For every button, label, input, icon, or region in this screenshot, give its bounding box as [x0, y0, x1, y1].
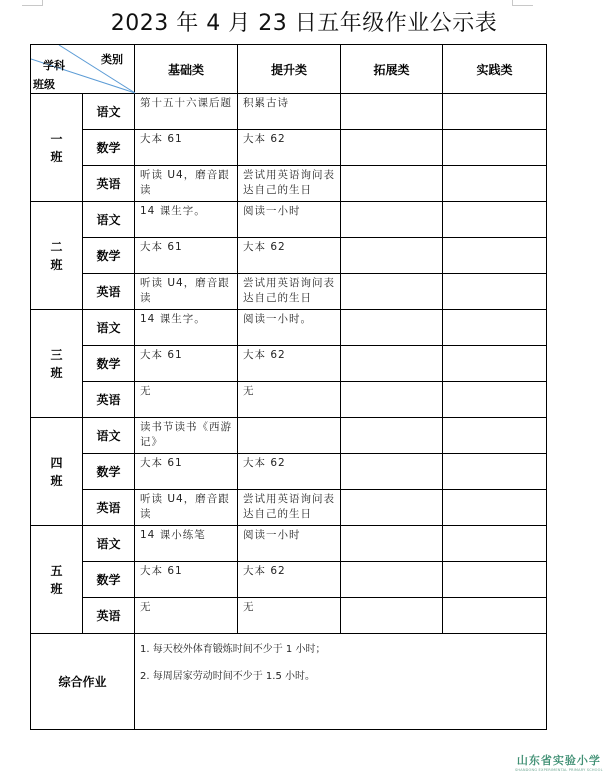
cell-basic: 14 课生字。	[135, 310, 238, 346]
cell-extended	[341, 454, 443, 490]
subject-label: 语文	[83, 526, 135, 562]
summary-item-1: 1. 每天校外体育锻炼时间不少于 1 小时；	[140, 640, 541, 655]
cell-extended	[341, 274, 443, 310]
cell-practice	[443, 310, 547, 346]
column-header-practice: 实践类	[443, 45, 547, 94]
cell-practice	[443, 454, 547, 490]
cell-advanced: 阅读一小时。	[238, 310, 341, 346]
cell-practice	[443, 418, 547, 454]
cell-extended	[341, 94, 443, 130]
cell-practice	[443, 130, 547, 166]
table-row: 英语 听读 U4，磨音跟读 尝试用英语询问表达自己的生日	[31, 490, 547, 526]
subject-label: 英语	[83, 382, 135, 418]
column-header-extended: 拓展类	[341, 45, 443, 94]
cell-practice	[443, 382, 547, 418]
subject-label: 语文	[83, 310, 135, 346]
summary-row: 综合作业 1. 每天校外体育锻炼时间不少于 1 小时； 2. 每周居家劳动时间不…	[31, 634, 547, 730]
cell-basic: 听读 U4，磨音跟读	[135, 274, 238, 310]
cell-basic: 14 课小练笔	[135, 526, 238, 562]
cell-practice	[443, 94, 547, 130]
cell-practice	[443, 562, 547, 598]
cell-extended	[341, 238, 443, 274]
table-row: 四班 语文 读书节读书《西游记》	[31, 418, 547, 454]
cell-basic: 读书节读书《西游记》	[135, 418, 238, 454]
diag-label-class: 班级	[33, 76, 55, 92]
cell-advanced: 尝试用英语询问表达自己的生日	[238, 166, 341, 202]
summary-content: 1. 每天校外体育锻炼时间不少于 1 小时； 2. 每周居家劳动时间不少于 1.…	[135, 634, 547, 730]
table-row: 数学 大本 61 大本 62	[31, 346, 547, 382]
subject-label: 英语	[83, 598, 135, 634]
subject-label: 数学	[83, 454, 135, 490]
cell-practice	[443, 274, 547, 310]
table-row: 英语 听读 U4，磨音跟读 尝试用英语询问表达自己的生日	[31, 274, 547, 310]
column-header-basic: 基础类	[135, 45, 238, 94]
cell-extended	[341, 202, 443, 238]
cell-advanced	[238, 418, 341, 454]
table-row: 数学 大本 61 大本 62	[31, 454, 547, 490]
diag-label-category: 类别	[101, 51, 123, 67]
page-title: 2023 年 4 月 23 日五年级作业公示表	[0, 6, 608, 37]
subject-label: 数学	[83, 130, 135, 166]
cell-practice	[443, 490, 547, 526]
cell-extended	[341, 130, 443, 166]
cell-practice	[443, 202, 547, 238]
table-row: 英语 无 无	[31, 382, 547, 418]
cell-practice	[443, 346, 547, 382]
class-label-3: 三班	[31, 310, 83, 418]
cell-advanced: 大本 62	[238, 346, 341, 382]
cell-advanced: 大本 62	[238, 238, 341, 274]
table-row: 数学 大本 61 大本 62	[31, 562, 547, 598]
cell-advanced: 尝试用英语询问表达自己的生日	[238, 274, 341, 310]
subject-label: 数学	[83, 238, 135, 274]
subject-label: 英语	[83, 166, 135, 202]
cell-advanced: 无	[238, 382, 341, 418]
cell-extended	[341, 418, 443, 454]
cell-advanced: 大本 62	[238, 130, 341, 166]
cell-extended	[341, 310, 443, 346]
diagonal-header-cell: 类别 学科 班级	[31, 45, 135, 94]
table-row: 数学 大本 61 大本 62	[31, 130, 547, 166]
diag-label-subject: 学科	[43, 57, 65, 73]
cell-extended	[341, 490, 443, 526]
cell-basic: 听读 U4，磨音跟读	[135, 166, 238, 202]
cell-extended	[341, 166, 443, 202]
cell-basic: 大本 61	[135, 238, 238, 274]
cell-practice	[443, 526, 547, 562]
subject-label: 语文	[83, 202, 135, 238]
cell-extended	[341, 526, 443, 562]
school-logo: 山东省实验小学 SHANDONG EXPERIMENTAL PRIMARY SC…	[515, 752, 603, 772]
table-row: 英语 无 无	[31, 598, 547, 634]
table-row: 五班 语文 14 课小练笔 阅读一小时	[31, 526, 547, 562]
cell-extended	[341, 346, 443, 382]
cell-advanced: 无	[238, 598, 341, 634]
table-row: 英语 听读 U4，磨音跟读 尝试用英语询问表达自己的生日	[31, 166, 547, 202]
school-logo-cn: 山东省实验小学	[515, 752, 603, 768]
cell-basic: 大本 61	[135, 130, 238, 166]
cell-extended	[341, 382, 443, 418]
cell-basic: 大本 61	[135, 562, 238, 598]
cell-basic: 14 课生字。	[135, 202, 238, 238]
school-logo-en: SHANDONG EXPERIMENTAL PRIMARY SCHOOL	[515, 768, 603, 772]
subject-label: 数学	[83, 346, 135, 382]
cell-advanced: 大本 62	[238, 454, 341, 490]
class-label-2: 二班	[31, 202, 83, 310]
table-row: 一班 语文 第十五十六课后题 积累古诗	[31, 94, 547, 130]
cell-basic: 无	[135, 598, 238, 634]
cell-advanced: 尝试用英语询问表达自己的生日	[238, 490, 341, 526]
subject-label: 数学	[83, 562, 135, 598]
cell-advanced: 阅读一小时	[238, 202, 341, 238]
cell-basic: 无	[135, 382, 238, 418]
subject-label: 语文	[83, 94, 135, 130]
cell-basic: 大本 61	[135, 454, 238, 490]
class-label-4: 四班	[31, 418, 83, 526]
subject-label: 语文	[83, 418, 135, 454]
subject-label: 英语	[83, 490, 135, 526]
column-header-advanced: 提升类	[238, 45, 341, 94]
summary-label: 综合作业	[31, 634, 135, 730]
cell-practice	[443, 238, 547, 274]
table-row: 三班 语文 14 课生字。 阅读一小时。	[31, 310, 547, 346]
cell-practice	[443, 166, 547, 202]
class-label-1: 一班	[31, 94, 83, 202]
summary-item-2: 2. 每周居家劳动时间不少于 1.5 小时。	[140, 667, 541, 682]
table-row: 二班 语文 14 课生字。 阅读一小时	[31, 202, 547, 238]
cell-extended	[341, 562, 443, 598]
table-row: 数学 大本 61 大本 62	[31, 238, 547, 274]
cell-basic: 大本 61	[135, 346, 238, 382]
cell-advanced: 大本 62	[238, 562, 341, 598]
cell-extended	[341, 598, 443, 634]
subject-label: 英语	[83, 274, 135, 310]
cell-basic: 听读 U4，磨音跟读	[135, 490, 238, 526]
class-label-5: 五班	[31, 526, 83, 634]
cell-practice	[443, 598, 547, 634]
cell-advanced: 积累古诗	[238, 94, 341, 130]
cell-advanced: 阅读一小时	[238, 526, 341, 562]
homework-table: 类别 学科 班级 基础类 提升类 拓展类 实践类 一班 语文 第十五十六课后题 …	[30, 44, 547, 730]
cell-basic: 第十五十六课后题	[135, 94, 238, 130]
